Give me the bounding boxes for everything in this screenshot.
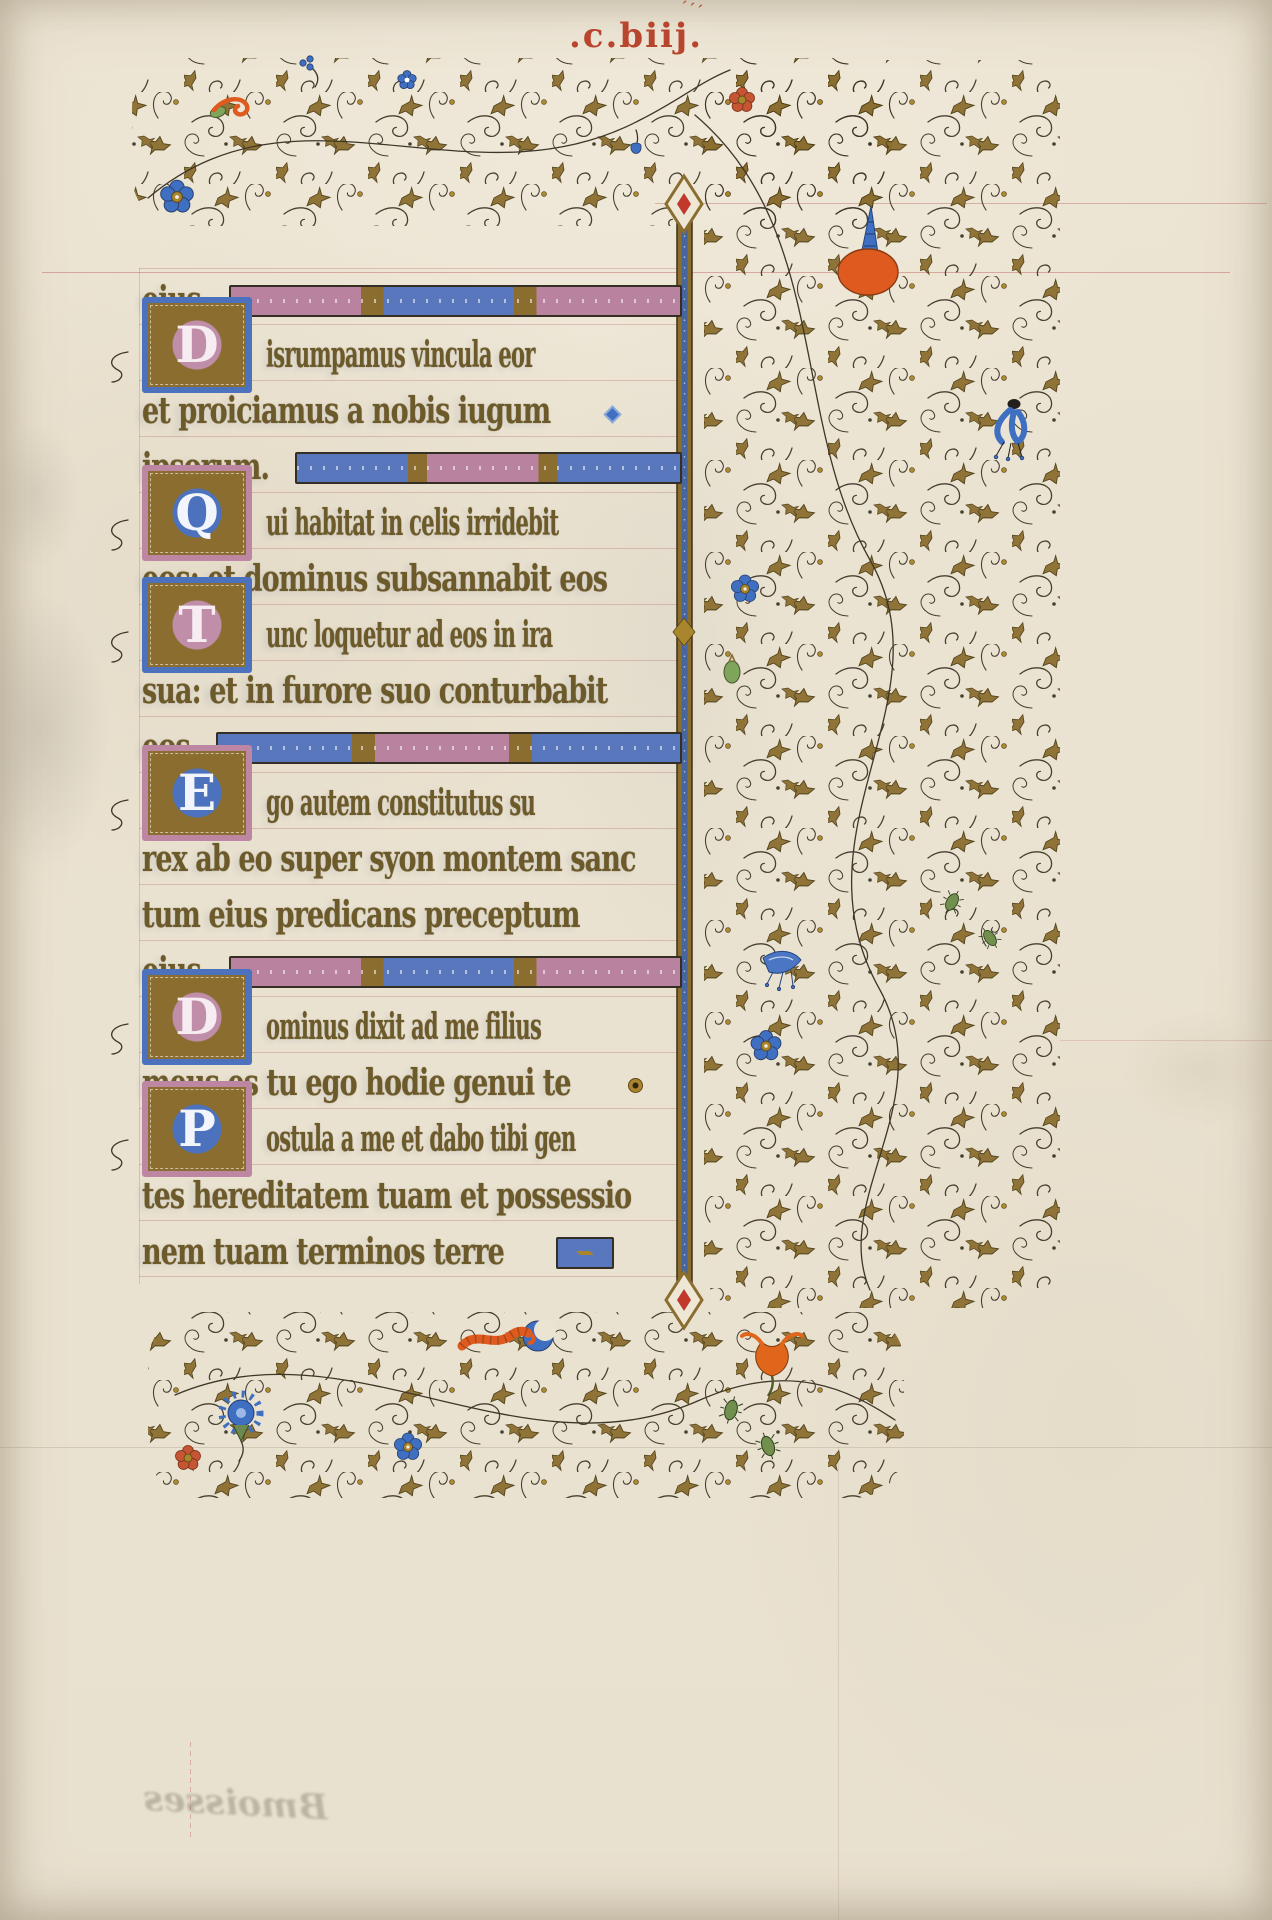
text-line-words: sua: et in furore suo conturbabit	[142, 670, 607, 713]
illuminated-initial: D	[142, 969, 252, 1065]
text-line: P ostula a me et dabo tibi gen	[142, 1109, 682, 1161]
text-line: D ominus dixit ad me filius	[142, 997, 682, 1049]
gold-flower-ornament	[628, 1078, 643, 1093]
text-line-words: unc loquetur ad eos in ira	[266, 614, 552, 657]
text-line: D isrumpamus vincula eor	[142, 325, 682, 377]
text-line: T unc loquetur ad eos in ira	[142, 605, 682, 657]
text-line-words: rex ab eo super syon montem sanc	[142, 838, 635, 881]
text-line-words: tes hereditatem tuam et possessio	[142, 1175, 631, 1218]
text-line: et proiciamus a nobis iugum	[142, 381, 682, 433]
text-line: E go autem constitutus su	[142, 773, 682, 825]
text-line-words: ominus dixit ad me filius	[266, 1006, 541, 1049]
line-filler	[295, 452, 682, 484]
line-filler	[229, 285, 682, 317]
illuminated-initial: P	[142, 1081, 252, 1177]
line-filler	[229, 956, 682, 988]
illuminated-initial: D	[142, 297, 252, 393]
text-line-words: isrumpamus vincula eor	[266, 334, 535, 377]
text-line: sua: et in furore suo conturbabit	[142, 661, 682, 713]
text-line: tes hereditatem tuam et possessio	[142, 1166, 682, 1218]
text-line-words: tum eius predicans preceptum	[142, 894, 580, 937]
text-line: Q ui habitat in celis irridebit	[142, 493, 682, 545]
text-line-words: ostula a me et dabo tibi gen	[266, 1118, 576, 1161]
line-end-ornament	[603, 405, 621, 423]
text-line: rex ab eo super syon montem sanc	[142, 829, 682, 881]
text-line-words: et proiciamus a nobis iugum	[142, 390, 550, 433]
line-filler	[556, 1237, 614, 1269]
text-line: tum eius predicans preceptum	[142, 885, 682, 937]
text-line: nem tuam terminos terre	[142, 1222, 682, 1274]
text-line-words: ui habitat in celis irridebit	[266, 502, 558, 545]
manuscript-page: ′′′ .c.biij.	[0, 0, 1272, 1920]
text-line-words: nem tuam terminos terre	[142, 1231, 504, 1274]
initial-flourishes	[112, 352, 128, 1170]
illuminated-initial: E	[142, 745, 252, 841]
illuminated-initial: Q	[142, 465, 252, 561]
line-filler	[216, 732, 682, 764]
text-line-words: go autem constitutus su	[266, 782, 535, 825]
illuminated-initial: T	[142, 577, 252, 673]
